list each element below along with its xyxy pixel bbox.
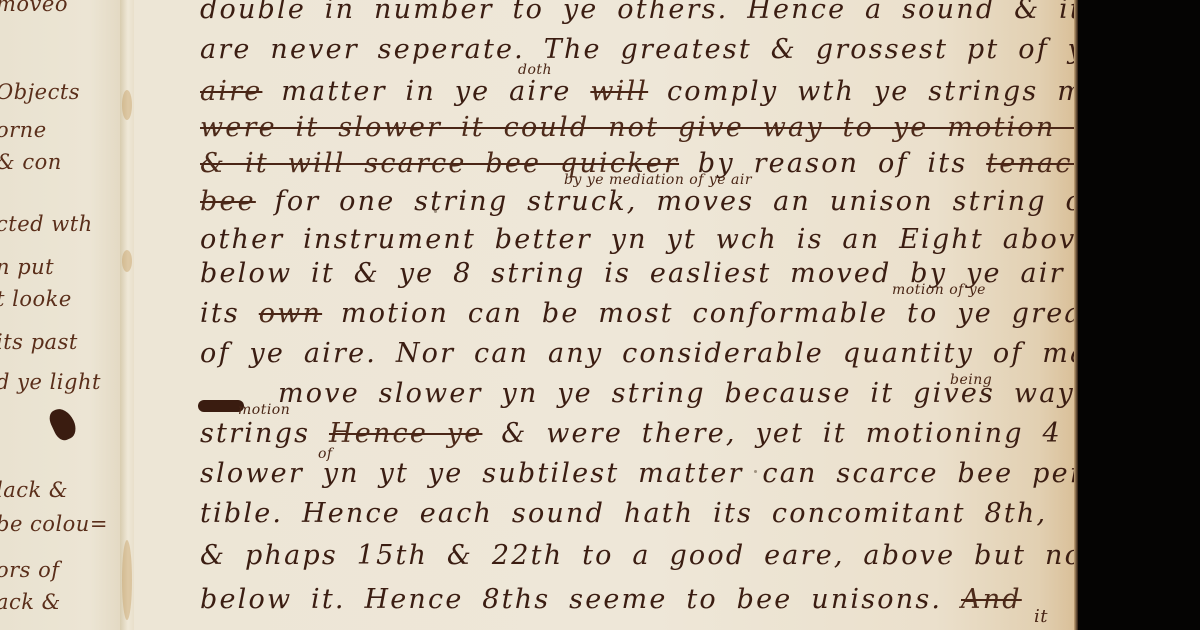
deleted-word: aire xyxy=(200,76,262,107)
page-edge xyxy=(1074,0,1078,630)
deleted-word: own xyxy=(259,298,322,329)
manuscript-line: move slower yn ye string because it give… xyxy=(278,378,1076,409)
interlinear-insertion: motion xyxy=(238,402,290,418)
interlinear-insertion: motion of ye xyxy=(892,282,986,298)
margin-text: n put xyxy=(0,255,54,279)
deleted-phrase: tenacious na= xyxy=(986,148,1076,179)
ink-blot xyxy=(46,405,79,443)
right-page: double in number to ye others. Hence a s… xyxy=(134,0,1076,630)
left-page: moveo Objects orne & con cted wth n put … xyxy=(0,0,128,630)
margin-text: be colou= xyxy=(0,512,108,536)
margin-text: d ye light xyxy=(0,370,101,394)
margin-text: orne xyxy=(0,118,47,142)
manuscript-line: its own motion can be most conformable t… xyxy=(200,298,1076,329)
manuscript-line: slower yn yt ye subtilest matter can sca… xyxy=(200,458,1076,489)
margin-text: cted wth xyxy=(0,212,93,236)
deleted-word: Hence ye xyxy=(329,418,482,449)
manuscript-line: of ye aire. Nor can any considerable qua… xyxy=(200,338,1076,369)
margin-text: lack & xyxy=(0,478,68,502)
manuscript-line: strings Hence ye & were there, yet it mo… xyxy=(200,418,1076,449)
manuscript-line: tible. Hence each sound hath its concomi… xyxy=(200,498,1047,529)
manuscript-line: double in number to ye others. Hence a s… xyxy=(200,0,1076,25)
margin-text: Objects xyxy=(0,80,80,104)
deleted-line: were it slower it could not give way to … xyxy=(200,112,1076,143)
margin-text: & con xyxy=(0,150,62,174)
margin-text: t looke xyxy=(0,287,72,311)
manuscript-line: bee for one string struck, moves an unis… xyxy=(200,186,1076,217)
deleted-word: bee xyxy=(200,186,256,217)
manuscript-line: & phaps 15th & 22th to a good eare, abov… xyxy=(200,540,1076,571)
manuscript-line: other instrument better yn yt wch is an … xyxy=(200,224,1076,255)
catchword: it xyxy=(1034,606,1048,627)
manuscript-line: below it. Hence 8ths seeme to bee unison… xyxy=(200,584,1022,615)
manuscript-line: aire matter in ye aire will comply wth y… xyxy=(200,76,1076,107)
margin-text: its past xyxy=(0,330,78,354)
deleted-word: will xyxy=(590,76,648,107)
manuscript-line: are never seperate. The greatest & gross… xyxy=(200,34,1076,65)
manuscript-line: were it slower it could not give way to … xyxy=(200,112,1076,143)
deleted-word: And xyxy=(961,584,1022,615)
margin-text: ack & xyxy=(0,590,61,614)
margin-text: ors of xyxy=(0,558,60,582)
margin-text: moveo xyxy=(0,0,68,16)
